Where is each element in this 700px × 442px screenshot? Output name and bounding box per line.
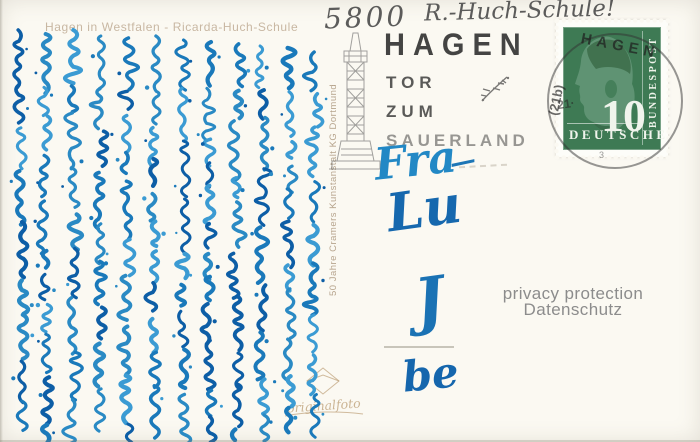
cancel-slogan-line: SAUERLAND [386, 131, 529, 151]
privacy-line-2: Datenschutz [492, 302, 654, 318]
cancel-slogan-line: TOR [386, 73, 437, 93]
erased-text-marks [459, 164, 507, 169]
address-fragment: be [400, 347, 461, 402]
caption-text: Hagen in Westfalen - Ricarda-Huch-Schule [45, 20, 298, 34]
address-fragment: J [410, 262, 449, 338]
sprig-emblem-icon [477, 73, 513, 110]
tower-illustration-icon [327, 29, 385, 186]
postcard-scan: Hagen in Westfalen - Ricarda-Huch-Schule… [0, 0, 700, 442]
postmark-mark: 3 [599, 150, 604, 160]
privacy-watermark: privacy protection Datenschutz [492, 286, 654, 317]
address-line [384, 346, 454, 348]
postmark-date: 21· [556, 96, 575, 112]
pencil-zip-code: 5800 [323, 0, 407, 35]
address-fragment: Lu [383, 174, 465, 245]
cancel-city: HAGEN [384, 28, 529, 63]
cancel-slogan-line: ZUM [386, 102, 438, 122]
photographer-mark: originalfoto [281, 366, 365, 422]
